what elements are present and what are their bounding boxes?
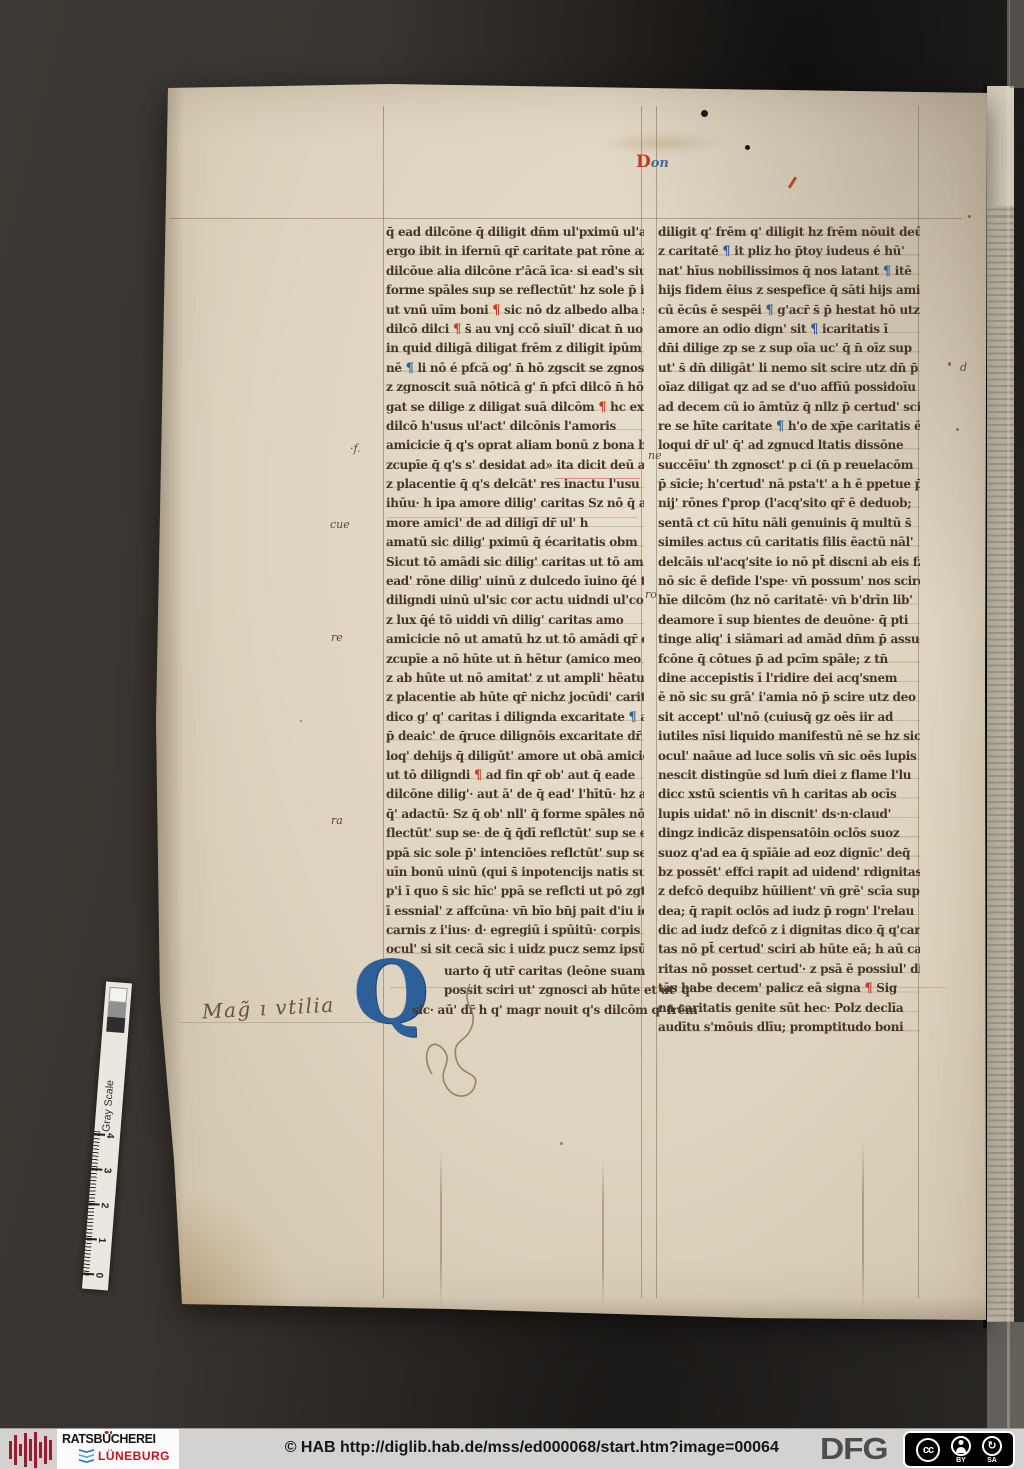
text-line: gat se dilige z diligat suā dilcōm ¶ hc … <box>386 398 644 417</box>
library-name-line1: RATSBÜCHEREI <box>62 1432 156 1446</box>
text-line: dic ad iudz defcō z i dignitas dico q̄ q… <box>658 921 920 940</box>
by-label: BY <box>956 1457 966 1464</box>
parchment-crease <box>862 1140 864 1312</box>
parchment-crease <box>602 1160 604 1310</box>
text-line: q̄ ead dilcōne q̄ diligit dn̄m ul'pximū … <box>386 223 644 242</box>
text-line: loqui dr̄ ul' q̄' ad zgnucd ltatis dissō… <box>658 436 920 455</box>
text-line: ead' rōne dilig' uinū z dulcedo īuino q̄… <box>386 572 644 591</box>
cc-license-badge: cc BY ↻ SA <box>903 1431 1015 1468</box>
text-line: audītu s'mōuis dlīu; promptitudo boni <box>658 1018 920 1037</box>
text-line: nō sic ē defide l'spe· vn̄ possum' nos s… <box>658 572 920 591</box>
text-line: Sicut tō amādi sic dilig' caritas ut tō … <box>386 553 644 572</box>
text-line: dicc xstū scientis vn̄ h caritas ab ocīs <box>658 785 920 804</box>
speck <box>560 1142 563 1145</box>
text-line: diligndi uinū ul'sic cor actu uidndi ul'… <box>386 591 644 610</box>
text-line: more amici' de ad diligī dr̄ ul' h <box>386 514 644 533</box>
sa-label: SA <box>987 1457 997 1464</box>
text-line: sit accept' ul'nō (cuiusq̄ gz oēs iir ad <box>658 708 920 727</box>
text-line: diligit q' frēm q' diligit hz frēm nōuit… <box>658 223 920 242</box>
text-line: nij' rōnes f'prop (l'acq'sito qr̄ ē dedu… <box>658 494 920 513</box>
text-line: tas nō pt̄ certud' sciri ab hūte eā; h a… <box>658 940 920 959</box>
text-line: deamore ī sup bientes de deuōne· q̄ pti <box>658 611 920 630</box>
text-line: similes actus cū caritatis filis ēactū n… <box>658 533 920 552</box>
text-line: ritas nō posset certud'· z psā ē possiul… <box>658 960 920 979</box>
copyright-url-text: © HAB http://diglib.hab.de/mss/ed000068/… <box>285 1439 779 1457</box>
text-line: lupis uidat' nō in discnit' ds·n·claud' <box>658 805 920 824</box>
by-attribution-icon <box>951 1436 971 1456</box>
text-line: fcōne q̄ cōtues p̄ ad pcīm spāle; z tn̄ <box>658 650 920 669</box>
margin-letter: ne <box>648 449 662 462</box>
text-line: amicicie nō ut amatū hz ut tō amādi qr̄ … <box>386 630 644 649</box>
digitized-manuscript-screenshot: Don q̄ ead dilcōne q̄ diligit dn̄m ul'px… <box>0 0 1024 1469</box>
text-line: z zgnoscit suā nōticā g' n̄ pfcī dilcō n… <box>386 378 644 397</box>
margin-letter: ro <box>645 588 657 601</box>
margin-letter: ·f. <box>350 442 361 455</box>
text-line: hijs fidem ēius z sespefice q̄ sāti hijs… <box>658 281 920 300</box>
wormhole <box>701 110 708 117</box>
text-line: cū ēcūs ē sespēi ¶ g'acr̄ s̄ p̄ hestat h… <box>658 301 920 320</box>
text-line: nē ¶ li nō é pfcā og' n̄ hō zgscit se zg… <box>386 359 644 378</box>
text-line: dilcō dilci ¶ s̄ au vnj ccō siuīl' dicat… <box>386 320 644 339</box>
red-umlaut-dots <box>105 1431 112 1434</box>
speck <box>300 720 302 722</box>
text-line: ut vnū uīm boni ¶ sic nō dz albedo alba … <box>386 301 644 320</box>
text-line: forme spāles sup se reflectūt' hz sole p… <box>386 281 644 300</box>
text-line: hīe dilcōm (hz nō caritatē· vn̄ b'drīn l… <box>658 591 920 610</box>
quire-mark-initial: D <box>636 152 651 172</box>
text-line: succēīu' th zgnosct' p ci (n̄ p reuelacō… <box>658 456 920 475</box>
open-book-icon <box>79 1449 94 1463</box>
text-line: z ab hūte ut nō amitat' z ut ampli' hēat… <box>386 669 644 688</box>
ruler-number: 1 <box>96 1237 107 1243</box>
ruler-number: 4 <box>104 1133 115 1139</box>
cc-icon: cc <box>916 1438 940 1462</box>
text-line: amore an odio dign' sit ¶ icaritatis ī <box>658 320 920 339</box>
text-line: uīn bonū uinū (qui s̄ inpotencijs natis … <box>386 863 644 882</box>
library-name-line2: LÜNEBURG <box>98 1449 170 1463</box>
text-line: p'i ī quo s̄ sic hīc' ppā se reflcti ut … <box>386 882 644 901</box>
margin-letter: cue <box>330 518 350 531</box>
text-line: z lux q̄é tō uiddi vn̄ dilig' caritas am… <box>386 611 644 630</box>
margin-letter: re <box>331 631 343 644</box>
quire-mark: Don <box>636 152 669 172</box>
ink-speck <box>968 215 971 218</box>
grayscale-patch-black <box>106 1017 125 1033</box>
text-line: z placentie q̄ q's delcāt' res inactu l'… <box>386 475 644 494</box>
manuscript-page-wrap: Don q̄ ead dilcōne q̄ diligit dn̄m ul'px… <box>150 80 992 1325</box>
text-line: dilcō h'usus ul'act' dilcōnis l'amoris <box>386 417 644 436</box>
wormhole <box>745 145 750 150</box>
text-line: re se hīte caritate ¶ h'o de xp̄e carita… <box>658 417 920 436</box>
text-line: delcāis ul'acq'site io nō pt̄ discni ab … <box>658 553 920 572</box>
margin-note: Mag̃ ı vtilia <box>201 993 335 1024</box>
text-line: z defcō dequibz hūilient' vn̄ grē' scīa … <box>658 882 920 901</box>
text-line: zcupīe a nō hūte ut n̄ hētur (amico meo <box>386 650 644 669</box>
text-line: tinge aliq' i siāmari ad amād dn̄m p̄ as… <box>658 630 920 649</box>
left-text-column: q̄ ead dilcōne q̄ diligit dn̄m ul'pximū … <box>386 223 644 961</box>
ruling-vertical-left-outer <box>383 106 384 1298</box>
text-line: in quid diligā diligat frēm z diligit ip… <box>386 339 644 358</box>
text-line: nescit distingūe sd lum̄ diei z flame l'… <box>658 766 920 785</box>
text-line: dilcōue alia dilcōne r'ācā īca· si ead's… <box>386 262 644 281</box>
grayscale-patch-white <box>109 987 128 1003</box>
ink-speck <box>956 428 959 431</box>
text-line: carnis z i'ius· d· egregiū i spūitū· cor… <box>386 921 644 940</box>
text-line: loq' dehijs q̄ diligūt' amore ut obā ami… <box>386 747 644 766</box>
text-line: ut tō diligndi ¶ ad fin qr̄ ob' aut q̄ e… <box>386 766 644 785</box>
text-line: dn̄i dilige zp se z sup oīa uc' q̄ n̄ oī… <box>658 339 920 358</box>
ruler-number: 0 <box>93 1272 104 1278</box>
ink-speck <box>948 362 951 366</box>
text-line: zcupīe q̄ q's s' desidat ad» ita dicit d… <box>386 456 644 475</box>
text-line: iutiles nīsi liquido manifestū nē se hz … <box>658 727 920 746</box>
parchment-crease <box>440 1150 442 1308</box>
text-line: z caritatē ¶ it pliz ho p̄toy iudeus é h… <box>658 242 920 261</box>
ruler-number: 3 <box>101 1167 112 1173</box>
text-line: ppā sic sole p̄' intenciōes reflctūt' su… <box>386 844 644 863</box>
text-line: ē nō sic su grā' i'amia nō p̄ scire utz … <box>658 688 920 707</box>
text-line: q̄' adactū· Sz q̄ ob' nll' q̄ forme spāl… <box>386 805 644 824</box>
margin-letter: ra <box>331 814 343 827</box>
right-text-column: diligit q' frēm q' diligit hz frēm nōuit… <box>658 223 920 1039</box>
manuscript-page: Don q̄ ead dilcōne q̄ diligit dn̄m ul'px… <box>150 80 992 1325</box>
text-line: p̄ sīcie; h'certud' nā psta't' a h ē ppe… <box>658 475 920 494</box>
dfg-logo: DFG <box>820 1431 887 1467</box>
text-line: ut' s̄ dn̄ diligāt' li nemo sit scire ut… <box>658 359 920 378</box>
text-line: dico g' q' caritas i dilignda excaritate… <box>386 708 644 727</box>
offset-ink-ghost <box>598 132 728 154</box>
ruling-vertical-right-inner <box>656 106 657 1298</box>
text-line: nat' hīus nobilissimos q̄ nos latant ¶ i… <box>658 262 920 281</box>
text-line: dine accepistis ī l'ridire dei acq'snem <box>658 669 920 688</box>
text-line: ī essnial' z affcūna· vn̄ bīo bn̄j pait … <box>386 902 644 921</box>
plexiglass-strip-highlight <box>1007 0 1010 1428</box>
text-line: flectūt' sup se· de q̄ q̄dī reflctūt' su… <box>386 824 644 843</box>
text-line: ocul' naāue ad luce solis vn̄ sic oēs lu… <box>658 747 920 766</box>
library-logo: RATSBÜCHEREI LÜNEBURG <box>57 1429 179 1469</box>
text-line: suoz q'ad ea q̄ spīāie ad eoz dignīc' de… <box>658 844 920 863</box>
sa-share-alike-icon: ↻ <box>982 1436 1002 1456</box>
text-line: dea; q̄ rapit oclōs ad iudz p̄ rogn' l'r… <box>658 902 920 921</box>
footer-bar: RATSBÜCHEREI LÜNEBURG © HAB http://digli… <box>0 1428 1024 1469</box>
text-line: amatū sic dilig' pximū q̄ écaritatis obm <box>386 533 644 552</box>
backdrop-gray-bottom-right <box>987 1322 1024 1428</box>
text-line: sentā ct cū hītu nāli genuinis q̄ multū … <box>658 514 920 533</box>
pen-flourish <box>412 978 522 1108</box>
margin-letter: d <box>960 361 967 374</box>
text-line: dilcōne dilig'· aut ā' de q̄ ead' l'hītū… <box>386 785 644 804</box>
ruler-number: 2 <box>99 1202 110 1208</box>
quire-mark-letters: on <box>651 156 669 171</box>
text-line: ergo ibit in ifernū qr̄ caritate pat rōn… <box>386 242 644 261</box>
text-line: p̄ deaic' de q̄ruce dilignōis excaritate… <box>386 727 644 746</box>
text-line: oīaz diligat qz ad se d'uo affīū possido… <box>658 378 920 397</box>
organ-pipes-icon <box>5 1431 55 1468</box>
text-line: tās habe decem' palicz eā signa ¶ Sig <box>658 979 920 998</box>
text-line: bz possēt' effci rapit ad uidend' rdigni… <box>658 863 920 882</box>
text-line: dingz indicāz dispensatōin oclōs suoz <box>658 824 920 843</box>
grayscale-patch-gray <box>107 1002 126 1018</box>
text-line: ad decem cū io āmtūz q̄ nllz p̄ certud' … <box>658 398 920 417</box>
grayscale-ruler-label: Gray Scale <box>100 1040 119 1133</box>
backdrop-gray-top-right <box>1009 0 1024 88</box>
text-line: amicicie q̄ q's oprat aliam bonū z bona … <box>386 436 644 455</box>
ruling-horizontal-top <box>170 218 962 219</box>
text-line: ihūu· h ipa amore dilig' caritas Sz nō q… <box>386 494 644 513</box>
text-line: z placentie ab hūte qr̄ nichz jocūdi' ca… <box>386 688 644 707</box>
red-ink-mark <box>788 176 797 189</box>
